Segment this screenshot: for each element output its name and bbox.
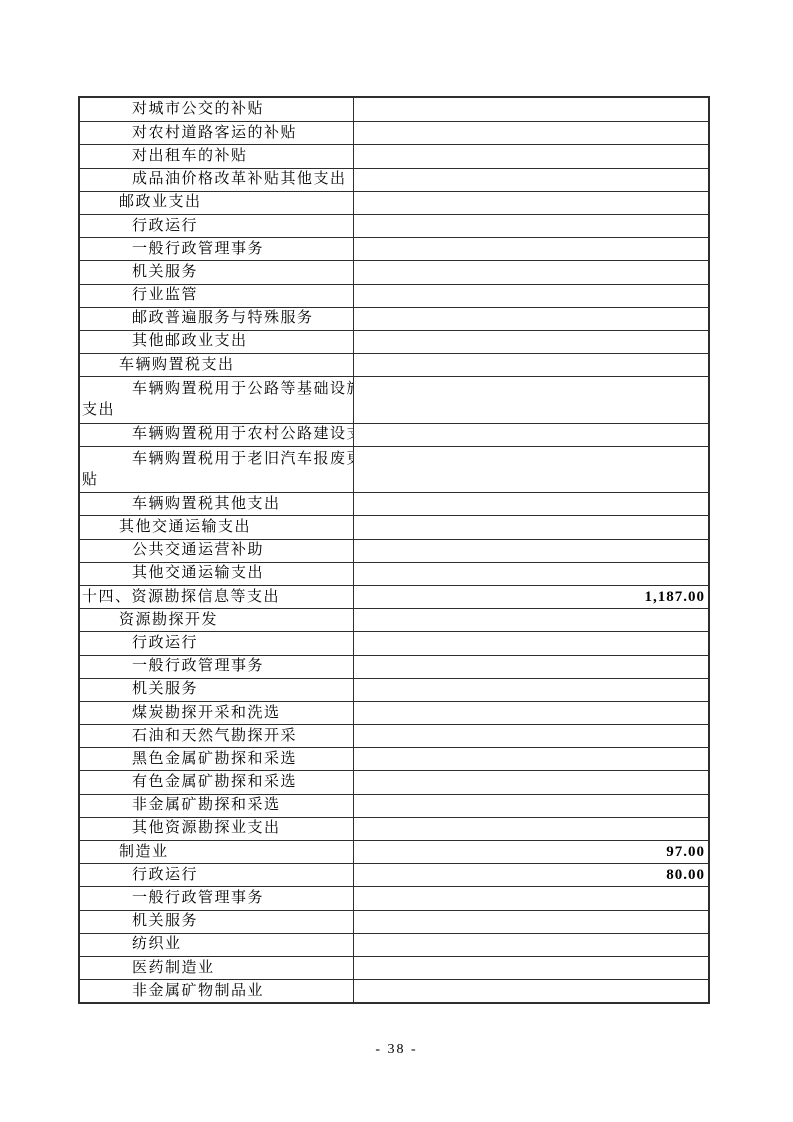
item-label: 机关服务	[80, 679, 353, 700]
amount-cell	[354, 377, 708, 422]
item-label-cell: 车辆购置税用于公路等基础设施建设支出	[80, 377, 354, 422]
table-row: 医药制造业	[80, 956, 708, 979]
item-label-cell: 纺织业	[80, 934, 354, 956]
item-label: 其他交通运输支出	[80, 517, 353, 538]
amount-cell	[354, 192, 708, 214]
amount-cell	[354, 447, 708, 492]
amount-cell	[354, 122, 708, 144]
item-label: 行政运行	[80, 216, 353, 237]
amount-cell	[354, 748, 708, 770]
budget-table: 对城市公交的补贴对农村道路客运的补贴对出租车的补贴成品油价格改革补贴其他支出邮政…	[78, 96, 710, 1004]
item-label: 车辆购置税用于老旧汽车报废更新补	[80, 449, 353, 470]
table-row: 行政运行	[80, 631, 708, 654]
item-label-cell: 行政运行	[80, 864, 354, 886]
amount-cell	[354, 679, 708, 701]
table-row: 其他资源勘探业支出	[80, 817, 708, 840]
table-row: 石油和天然气勘探开采	[80, 724, 708, 747]
item-label-cell: 煤炭勘探开采和洗选	[80, 702, 354, 724]
item-label: 石油和天然气勘探开采	[80, 726, 353, 747]
table-row: 其他交通运输支出	[80, 515, 708, 538]
item-label-cell: 其他邮政业支出	[80, 331, 354, 353]
item-label: 对农村道路客运的补贴	[80, 123, 353, 144]
amount-cell: 80.00	[354, 864, 708, 886]
item-label: 公共交通运营补助	[80, 540, 353, 561]
item-label-cell: 成品油价格改革补贴其他支出	[80, 169, 354, 191]
item-label-cell: 机关服务	[80, 679, 354, 701]
item-label-cell: 车辆购置税用于农村公路建设支出	[80, 424, 354, 446]
table-row: 车辆购置税用于老旧汽车报废更新补贴	[80, 446, 708, 492]
item-label: 邮政业支出	[80, 192, 353, 213]
item-label: 有色金属矿勘探和采选	[80, 772, 353, 793]
amount-cell	[354, 725, 708, 747]
table-row: 对出租车的补贴	[80, 144, 708, 167]
table-row: 其他邮政业支出	[80, 330, 708, 353]
item-label: 行政运行	[80, 865, 353, 886]
item-label-cell: 其他资源勘探业支出	[80, 818, 354, 840]
amount-cell	[354, 493, 708, 515]
item-label: 行业监管	[80, 285, 353, 306]
item-label-cell: 车辆购置税其他支出	[80, 493, 354, 515]
item-label-cell: 一般行政管理事务	[80, 656, 354, 678]
amount-cell	[354, 285, 708, 307]
item-label-cell: 医药制造业	[80, 957, 354, 979]
item-label-cell: 十四、资源勘探信息等支出	[80, 586, 354, 608]
table-row: 机关服务	[80, 260, 708, 283]
table-row: 一般行政管理事务	[80, 237, 708, 260]
item-label-cell: 车辆购置税支出	[80, 354, 354, 376]
item-label: 一般行政管理事务	[80, 656, 353, 677]
item-label: 车辆购置税其他支出	[80, 494, 353, 515]
table-row: 行政运行80.00	[80, 863, 708, 886]
item-label: 纺织业	[80, 934, 353, 955]
amount-cell: 97.00	[354, 841, 708, 863]
item-label-cell: 对农村道路客运的补贴	[80, 122, 354, 144]
item-label: 成品油价格改革补贴其他支出	[80, 169, 353, 190]
amount-cell	[354, 702, 708, 724]
table-row: 一般行政管理事务	[80, 655, 708, 678]
item-label: 资源勘探开发	[80, 610, 353, 631]
item-label: 行政运行	[80, 633, 353, 654]
table-row: 邮政普遍服务与特殊服务	[80, 307, 708, 330]
item-label-cell: 资源勘探开发	[80, 609, 354, 631]
item-label-cell: 公共交通运营补助	[80, 540, 354, 562]
amount-cell	[354, 980, 708, 1002]
amount-cell: 1,187.00	[354, 586, 708, 608]
page-footer: - 38 -	[0, 1042, 793, 1058]
item-label-cell: 一般行政管理事务	[80, 887, 354, 909]
item-label-cell: 行业监管	[80, 285, 354, 307]
table-row: 机关服务	[80, 910, 708, 933]
table-row: 非金属矿物制品业	[80, 979, 708, 1002]
amount-cell	[354, 308, 708, 330]
table-row: 成品油价格改革补贴其他支出	[80, 168, 708, 191]
table-row: 资源勘探开发	[80, 608, 708, 631]
item-label-cell: 非金属矿物制品业	[80, 980, 354, 1002]
amount-cell	[354, 911, 708, 933]
table-row: 制造业97.00	[80, 840, 708, 863]
item-label-cell: 对城市公交的补贴	[80, 98, 354, 121]
table-row: 车辆购置税用于公路等基础设施建设支出	[80, 376, 708, 422]
amount-cell	[354, 818, 708, 840]
amount-cell	[354, 795, 708, 817]
item-label-continuation: 贴	[80, 470, 353, 491]
amount-cell	[354, 656, 708, 678]
item-label: 对出租车的补贴	[80, 146, 353, 167]
amount-cell	[354, 887, 708, 909]
item-label: 车辆购置税支出	[80, 355, 353, 376]
amount-cell	[354, 957, 708, 979]
item-label-cell: 行政运行	[80, 632, 354, 654]
item-label-cell: 对出租车的补贴	[80, 145, 354, 167]
item-label: 非金属矿勘探和采选	[80, 795, 353, 816]
amount-cell	[354, 354, 708, 376]
amount-cell	[354, 215, 708, 237]
item-label: 车辆购置税用于农村公路建设支出	[80, 424, 353, 445]
item-label-cell: 一般行政管理事务	[80, 238, 354, 260]
item-label-cell: 机关服务	[80, 261, 354, 283]
table-row: 邮政业支出	[80, 191, 708, 214]
table-row: 对城市公交的补贴	[80, 98, 708, 121]
amount-cell	[354, 424, 708, 446]
item-label-cell: 有色金属矿勘探和采选	[80, 771, 354, 793]
amount-cell	[354, 540, 708, 562]
item-label-cell: 黑色金属矿勘探和采选	[80, 748, 354, 770]
table-row: 一般行政管理事务	[80, 886, 708, 909]
item-label-continuation: 支出	[80, 400, 353, 421]
table-row: 公共交通运营补助	[80, 539, 708, 562]
table-row: 煤炭勘探开采和洗选	[80, 701, 708, 724]
table-row: 纺织业	[80, 933, 708, 956]
item-label-cell: 石油和天然气勘探开采	[80, 725, 354, 747]
table-row: 车辆购置税用于农村公路建设支出	[80, 423, 708, 446]
item-label: 煤炭勘探开采和洗选	[80, 703, 353, 724]
table-row: 其他交通运输支出	[80, 562, 708, 585]
table-row: 有色金属矿勘探和采选	[80, 770, 708, 793]
item-label-cell: 非金属矿勘探和采选	[80, 795, 354, 817]
item-label-cell: 邮政业支出	[80, 192, 354, 214]
amount-cell	[354, 169, 708, 191]
item-label: 对城市公交的补贴	[80, 99, 353, 120]
table-row: 机关服务	[80, 678, 708, 701]
amount-cell	[354, 98, 708, 121]
table-row: 行政运行	[80, 214, 708, 237]
item-label-cell: 邮政普遍服务与特殊服务	[80, 308, 354, 330]
table-row: 对农村道路客运的补贴	[80, 121, 708, 144]
item-label: 其他邮政业支出	[80, 331, 353, 352]
item-label: 医药制造业	[80, 958, 353, 979]
item-label: 一般行政管理事务	[80, 888, 353, 909]
table-row: 车辆购置税支出	[80, 353, 708, 376]
amount-cell	[354, 261, 708, 283]
amount-cell	[354, 771, 708, 793]
amount-cell	[354, 934, 708, 956]
amount-cell	[354, 145, 708, 167]
table-row: 黑色金属矿勘探和采选	[80, 747, 708, 770]
table-row: 非金属矿勘探和采选	[80, 794, 708, 817]
amount-cell	[354, 563, 708, 585]
item-label-cell: 机关服务	[80, 911, 354, 933]
amount-cell	[354, 609, 708, 631]
amount-cell	[354, 516, 708, 538]
item-label-cell: 其他交通运输支出	[80, 516, 354, 538]
amount-cell	[354, 238, 708, 260]
amount-cell	[354, 632, 708, 654]
item-label: 十四、资源勘探信息等支出	[80, 587, 353, 608]
table-row: 车辆购置税其他支出	[80, 492, 708, 515]
item-label: 机关服务	[80, 911, 353, 932]
amount-cell	[354, 331, 708, 353]
item-label: 非金属矿物制品业	[80, 981, 353, 1002]
item-label-cell: 行政运行	[80, 215, 354, 237]
item-label: 车辆购置税用于公路等基础设施建设	[80, 379, 353, 400]
item-label: 其他交通运输支出	[80, 563, 353, 584]
item-label-cell: 制造业	[80, 841, 354, 863]
item-label-cell: 车辆购置税用于老旧汽车报废更新补贴	[80, 447, 354, 492]
table-row: 十四、资源勘探信息等支出1,187.00	[80, 585, 708, 608]
item-label: 制造业	[80, 842, 353, 863]
document-page: { "page": { "footer": "- 38 -" }, "table…	[0, 0, 793, 1122]
budget-table-body: 对城市公交的补贴对农村道路客运的补贴对出租车的补贴成品油价格改革补贴其他支出邮政…	[80, 98, 708, 1002]
item-label: 邮政普遍服务与特殊服务	[80, 308, 353, 329]
item-label: 机关服务	[80, 262, 353, 283]
item-label-cell: 其他交通运输支出	[80, 563, 354, 585]
table-row: 行业监管	[80, 284, 708, 307]
item-label: 其他资源勘探业支出	[80, 818, 353, 839]
item-label: 黑色金属矿勘探和采选	[80, 749, 353, 770]
item-label: 一般行政管理事务	[80, 239, 353, 260]
